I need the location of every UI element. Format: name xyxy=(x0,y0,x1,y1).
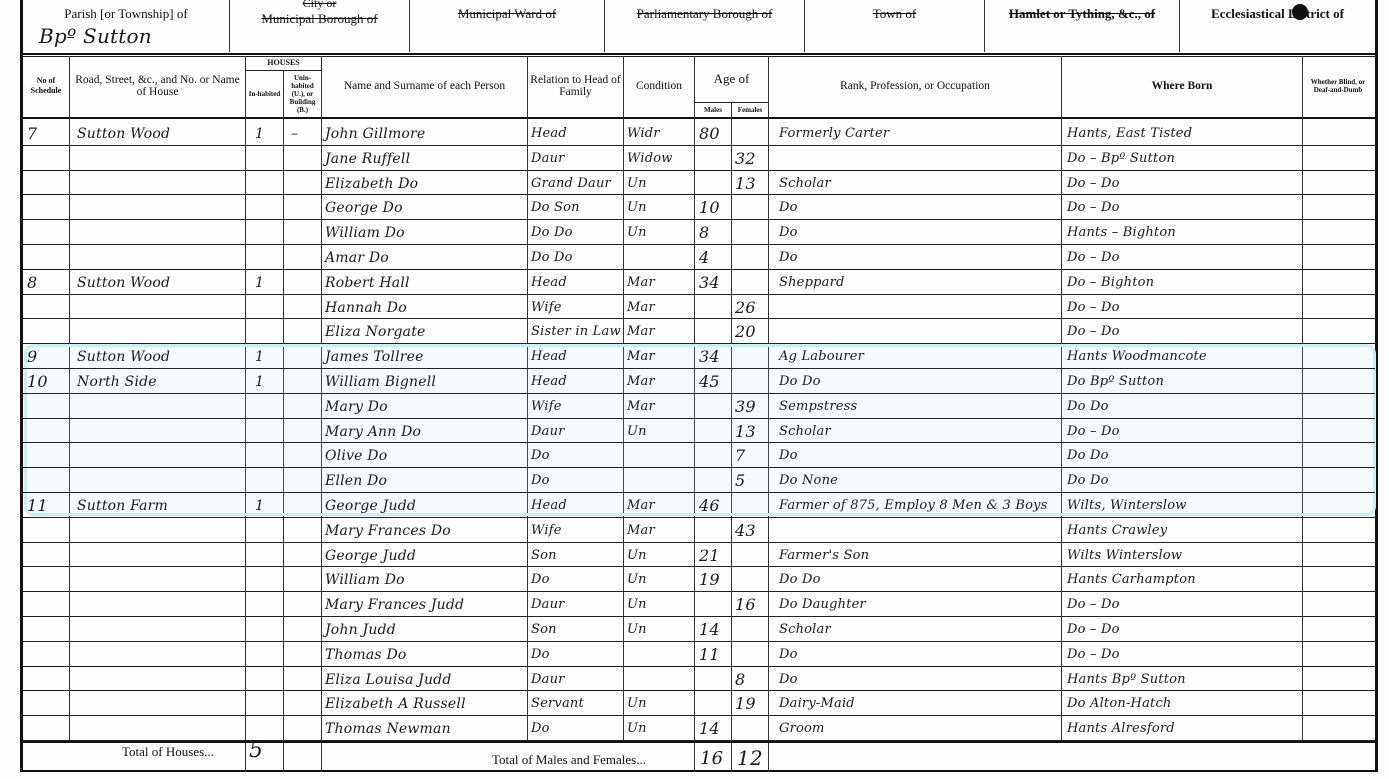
occupation-cell: Ag Labourer xyxy=(779,343,864,367)
name-cell: John Judd xyxy=(325,616,396,640)
birthplace-cell: Hants Alresford xyxy=(1067,715,1175,739)
name-cell: Thomas Do xyxy=(325,641,407,665)
ecclesiastical-header: Ecclesiastical District of xyxy=(1180,0,1375,52)
male-age-cell: 80 xyxy=(699,120,720,144)
condition-cell: Mar xyxy=(627,343,655,367)
relation-cell: Wife xyxy=(531,294,562,318)
relation-cell: Head xyxy=(531,492,567,516)
total-males-value: 16 xyxy=(700,748,723,769)
relation-cell: Do Son xyxy=(531,194,580,218)
condition-cell: Un xyxy=(627,219,647,243)
female-age-cell: 43 xyxy=(735,517,756,541)
birthplace-cell: Do – Bpº Sutton xyxy=(1067,145,1175,169)
name-cell: Elizabeth A Russell xyxy=(325,690,466,714)
table-row: Mary Frances JuddDaurUn16Do DaughterDo –… xyxy=(23,591,1375,615)
female-age-cell: 32 xyxy=(735,145,756,169)
condition-cell: Mar xyxy=(627,294,655,318)
condition-cell: Un xyxy=(627,591,647,615)
table-row: 8Sutton Wood1Robert HallHeadMar34Sheppar… xyxy=(23,269,1375,293)
col-females: Females xyxy=(732,104,768,116)
schedule-cell: 10 xyxy=(27,368,48,392)
table-row: John JuddSonUn14ScholarDo – Do xyxy=(23,616,1375,640)
birthplace-cell: Hants, East Tisted xyxy=(1067,120,1192,144)
male-age-cell: 14 xyxy=(699,715,720,739)
occupation-cell: Do Do xyxy=(779,566,821,590)
occupation-cell: Do xyxy=(779,641,798,665)
relation-cell: Daur xyxy=(531,666,565,690)
birthplace-cell: Do – Do xyxy=(1067,294,1120,318)
female-age-cell: 5 xyxy=(735,467,745,491)
condition-cell: Mar xyxy=(627,368,655,392)
male-age-cell: 11 xyxy=(699,641,720,665)
total-persons-label: Total of Males and Females... xyxy=(492,752,646,768)
birthplace-cell: Do – Do xyxy=(1067,616,1120,640)
relation-cell: Daur xyxy=(531,145,565,169)
relation-cell: Do Do xyxy=(531,244,573,268)
name-cell: Jane Ruffell xyxy=(325,145,410,169)
inhabited-cell: 1 xyxy=(255,368,264,392)
town-header: Town of xyxy=(805,0,985,52)
schedule-cell: 8 xyxy=(27,269,37,293)
hamlet-header: Hamlet or Tything, &c., of xyxy=(985,0,1180,52)
relation-cell: Grand Daur xyxy=(531,170,611,194)
parish-label: Parish [or Township] of xyxy=(23,0,229,22)
occupation-cell: Do xyxy=(779,219,798,243)
condition-cell: Mar xyxy=(627,393,655,417)
occupation-cell: Farmer of 875, Employ 8 Men & 3 Boys xyxy=(779,492,1048,516)
occupation-cell: Dairy-Maid xyxy=(779,690,855,714)
name-cell: Hannah Do xyxy=(325,294,407,318)
female-age-cell: 7 xyxy=(735,442,745,466)
table-row: Olive DoDo7DoDo Do xyxy=(23,442,1375,466)
hamlet-label: Hamlet or Tything, &c., of xyxy=(985,0,1179,22)
birthplace-cell: Wilts, Winterslow xyxy=(1067,492,1187,516)
female-age-cell: 16 xyxy=(735,591,756,615)
condition-cell: Mar xyxy=(627,269,655,293)
col-relation: Relation to Head of Family xyxy=(528,56,623,116)
condition-cell: Un xyxy=(627,542,647,566)
name-cell: William Do xyxy=(325,219,405,243)
city-label: Municipal Borough of xyxy=(230,11,409,27)
col-blind: Whether Blind, or Deaf-and-Dumb xyxy=(1303,56,1373,116)
col-age: Age of xyxy=(695,56,768,101)
relation-cell: Wife xyxy=(531,517,562,541)
name-cell: Mary Ann Do xyxy=(325,418,421,442)
totals-divider xyxy=(23,741,1375,743)
condition-cell: Mar xyxy=(627,492,655,516)
occupation-cell: Groom xyxy=(779,715,825,739)
male-age-cell: 45 xyxy=(699,368,720,392)
table-row: Eliza Louisa JuddDaur8DoHants Bpº Sutton xyxy=(23,666,1375,690)
parish-header: Parish [or Township] of Bpº Sutton xyxy=(23,0,230,52)
birthplace-cell: Wilts Winterslow xyxy=(1067,542,1182,566)
birthplace-cell: Do – Do xyxy=(1067,244,1120,268)
name-cell: Eliza Norgate xyxy=(325,318,426,342)
city-header: City or Municipal Borough of xyxy=(230,0,410,52)
relation-cell: Head xyxy=(531,343,567,367)
condition-cell: Un xyxy=(627,418,647,442)
relation-cell: Daur xyxy=(531,591,565,615)
birthplace-cell: Hants Carhampton xyxy=(1067,566,1196,590)
birthplace-cell: Do – Do xyxy=(1067,591,1120,615)
inhabited-cell: 1 xyxy=(255,492,264,516)
relation-cell: Head xyxy=(531,368,567,392)
birthplace-cell: Do – Do xyxy=(1067,641,1120,665)
male-age-cell: 4 xyxy=(699,244,709,268)
table-row: Amar DoDo Do4DoDo – Do xyxy=(23,244,1375,268)
female-age-cell: 20 xyxy=(735,318,756,342)
birthplace-cell: Hants Woodmancote xyxy=(1067,343,1207,367)
col-occupation: Rank, Profession, or Occupation xyxy=(769,56,1061,116)
birthplace-cell: Do Do xyxy=(1067,442,1109,466)
condition-cell: Un xyxy=(627,715,647,739)
name-cell: Eliza Louisa Judd xyxy=(325,666,452,690)
condition-cell: Un xyxy=(627,194,647,218)
town-label: Town of xyxy=(805,0,984,22)
name-cell: William Bignell xyxy=(325,368,436,392)
male-age-cell: 34 xyxy=(699,269,720,293)
table-row: Ellen DoDo5Do NoneDo Do xyxy=(23,467,1375,491)
parliamentary-header: Parliamentary Borough of xyxy=(605,0,805,52)
birthplace-cell: Do – Do xyxy=(1067,418,1120,442)
grid-line xyxy=(695,102,768,103)
occupation-cell: Sheppard xyxy=(779,269,845,293)
occupation-cell: Do Daughter xyxy=(779,591,866,615)
name-cell: Mary Frances Judd xyxy=(325,591,464,615)
male-age-cell: 14 xyxy=(699,616,720,640)
col-road: Road, Street, &c., and No. or Name of Ho… xyxy=(70,56,245,116)
schedule-cell: 7 xyxy=(27,120,37,144)
inhabited-cell: 1 xyxy=(255,343,264,367)
occupation-cell: Sempstress xyxy=(779,393,857,417)
name-cell: George Do xyxy=(325,194,403,218)
table-row: George DoDo SonUn10DoDo – Do xyxy=(23,194,1375,218)
birthplace-cell: Do Do xyxy=(1067,467,1109,491)
col-inhabited: In-habited xyxy=(246,72,283,116)
road-cell: Sutton Wood xyxy=(77,269,170,293)
table-row: Mary Frances DoWifeMar43Hants Crawley xyxy=(23,517,1375,541)
female-age-cell: 13 xyxy=(735,170,756,194)
ward-label: Municipal Ward of xyxy=(410,0,604,22)
male-age-cell: 34 xyxy=(699,343,720,367)
total-females-value: 12 xyxy=(737,746,763,770)
col-houses: HOUSES xyxy=(246,56,321,70)
table-row: Eliza NorgateSister in LawMar20Do – Do xyxy=(23,318,1375,342)
uninhabited-cell: – xyxy=(291,120,298,144)
relation-cell: Sister in Law xyxy=(531,318,621,342)
name-cell: George Judd xyxy=(325,492,416,516)
schedule-cell: 11 xyxy=(27,492,48,516)
parliamentary-label: Parliamentary Borough of xyxy=(605,0,804,22)
occupation-cell: Scholar xyxy=(779,616,831,640)
inhabited-cell: 1 xyxy=(255,269,264,293)
birthplace-cell: Hants Crawley xyxy=(1067,517,1167,541)
condition-cell: Widr xyxy=(627,120,660,144)
birthplace-cell: Hants Bpº Sutton xyxy=(1067,666,1186,690)
occupation-cell: Do None xyxy=(779,467,838,491)
total-houses-label: Total of Houses... xyxy=(122,744,214,760)
grid-line xyxy=(246,70,321,71)
road-cell: Sutton Wood xyxy=(77,343,170,367)
relation-cell: Do Do xyxy=(531,219,573,243)
occupation-cell: Do xyxy=(779,442,798,466)
relation-cell: Head xyxy=(531,120,567,144)
relation-cell: Do xyxy=(531,715,550,739)
table-row: 10North Side1William BignellHeadMar45Do … xyxy=(23,368,1375,392)
relation-cell: Do xyxy=(531,641,550,665)
name-cell: Mary Do xyxy=(325,393,388,417)
birthplace-cell: Do – Do xyxy=(1067,170,1120,194)
city-label-top: City or xyxy=(230,0,409,11)
table-row: Thomas DoDo11DoDo – Do xyxy=(23,641,1375,665)
total-houses-value: 5 xyxy=(249,738,263,763)
birthplace-cell: Do – Bighton xyxy=(1067,269,1154,293)
female-age-cell: 19 xyxy=(735,690,756,714)
condition-cell: Mar xyxy=(627,517,655,541)
table-row: William DoDo DoUn8DoHants – Bighton xyxy=(23,219,1375,243)
male-age-cell: 21 xyxy=(699,542,720,566)
table-row: Elizabeth DoGrand DaurUn13ScholarDo – Do xyxy=(23,170,1375,194)
table-row: Thomas NewmanDoUn14GroomHants Alresford xyxy=(23,715,1375,739)
col-uninhabited: Unin-habited (U.), or Building (B.) xyxy=(284,72,321,116)
road-cell: Sutton Wood xyxy=(77,120,170,144)
occupation-cell: Do xyxy=(779,666,798,690)
female-age-cell: 8 xyxy=(735,666,745,690)
table-row: 9Sutton Wood1James TollreeHeadMar34Ag La… xyxy=(23,343,1375,367)
table-row: George JuddSonUn21Farmer's SonWilts Wint… xyxy=(23,542,1375,566)
female-age-cell: 39 xyxy=(735,393,756,417)
ecclesiastical-label: Ecclesiastical District of xyxy=(1180,0,1375,22)
relation-cell: Do xyxy=(531,467,550,491)
relation-cell: Son xyxy=(531,542,557,566)
relation-cell: Do xyxy=(531,566,550,590)
birthplace-cell: Do – Do xyxy=(1067,318,1120,342)
birthplace-cell: Do Alton-Hatch xyxy=(1067,690,1172,714)
road-cell: Sutton Farm xyxy=(77,492,168,516)
table-row: Mary DoWifeMar39SempstressDo Do xyxy=(23,393,1375,417)
occupation-cell: Scholar xyxy=(779,418,831,442)
table-row: 11Sutton Farm1George JuddHeadMar46Farmer… xyxy=(23,492,1375,516)
name-cell: James Tollree xyxy=(325,343,424,367)
birthplace-cell: Hants – Bighton xyxy=(1067,219,1176,243)
occupation-cell: Do xyxy=(779,244,798,268)
col-schedule: No of Schedule xyxy=(23,56,69,116)
road-cell: North Side xyxy=(77,368,157,392)
name-cell: Thomas Newman xyxy=(325,715,451,739)
column-header-divider xyxy=(23,117,1375,119)
name-cell: William Do xyxy=(325,566,405,590)
name-cell: Mary Frances Do xyxy=(325,517,451,541)
male-age-cell: 46 xyxy=(699,492,720,516)
condition-cell: Widow xyxy=(627,145,673,169)
male-age-cell: 8 xyxy=(699,219,709,243)
occupation-cell: Farmer's Son xyxy=(779,542,869,566)
census-page: Parish [or Township] of Bpº Sutton City … xyxy=(0,0,1389,779)
inhabited-cell: 1 xyxy=(255,120,264,144)
name-cell: Amar Do xyxy=(325,244,389,268)
birthplace-cell: Do – Do xyxy=(1067,194,1120,218)
table-row: Jane RuffellDaurWidow32Do – Bpº Sutton xyxy=(23,145,1375,169)
male-age-cell: 19 xyxy=(699,566,720,590)
col-name: Name and Surname of each Person xyxy=(322,56,527,116)
col-condition: Condition xyxy=(624,56,694,116)
condition-cell: Un xyxy=(627,170,647,194)
parish-value: Bpº Sutton xyxy=(39,24,152,48)
name-cell: George Judd xyxy=(325,542,416,566)
table-row: Elizabeth A RussellServantUn19Dairy-Maid… xyxy=(23,690,1375,714)
female-age-cell: 26 xyxy=(735,294,756,318)
relation-cell: Servant xyxy=(531,690,584,714)
col-males: Males xyxy=(695,104,731,116)
female-age-cell: 13 xyxy=(735,418,756,442)
name-cell: John Gillmore xyxy=(325,120,425,144)
condition-cell: Mar xyxy=(627,318,655,342)
header-divider xyxy=(23,53,1375,55)
ward-header: Municipal Ward of xyxy=(410,0,605,52)
col-born: Where Born xyxy=(1062,56,1302,116)
name-cell: Robert Hall xyxy=(325,269,410,293)
table-row: Hannah DoWifeMar26Do – Do xyxy=(23,294,1375,318)
relation-cell: Head xyxy=(531,269,567,293)
condition-cell: Un xyxy=(627,566,647,590)
relation-cell: Do xyxy=(531,442,550,466)
male-age-cell: 10 xyxy=(699,194,720,218)
schedule-cell: 9 xyxy=(27,343,37,367)
condition-cell: Un xyxy=(627,690,647,714)
name-cell: Ellen Do xyxy=(325,467,387,491)
relation-cell: Daur xyxy=(531,418,565,442)
name-cell: Elizabeth Do xyxy=(325,170,418,194)
condition-cell: Un xyxy=(627,616,647,640)
table-row: 7Sutton Wood1–John GillmoreHeadWidr80For… xyxy=(23,120,1375,144)
table-row: Mary Ann DoDaurUn13ScholarDo – Do xyxy=(23,418,1375,442)
occupation-cell: Do xyxy=(779,194,798,218)
occupation-cell: Scholar xyxy=(779,170,831,194)
name-cell: Olive Do xyxy=(325,442,387,466)
table-row: William DoDoUn19Do DoHants Carhampton xyxy=(23,566,1375,590)
birthplace-cell: Do Do xyxy=(1067,393,1109,417)
birthplace-cell: Do Bpº Sutton xyxy=(1067,368,1164,392)
relation-cell: Son xyxy=(531,616,557,640)
relation-cell: Wife xyxy=(531,393,562,417)
occupation-cell: Do Do xyxy=(779,368,821,392)
occupation-cell: Formerly Carter xyxy=(779,120,889,144)
